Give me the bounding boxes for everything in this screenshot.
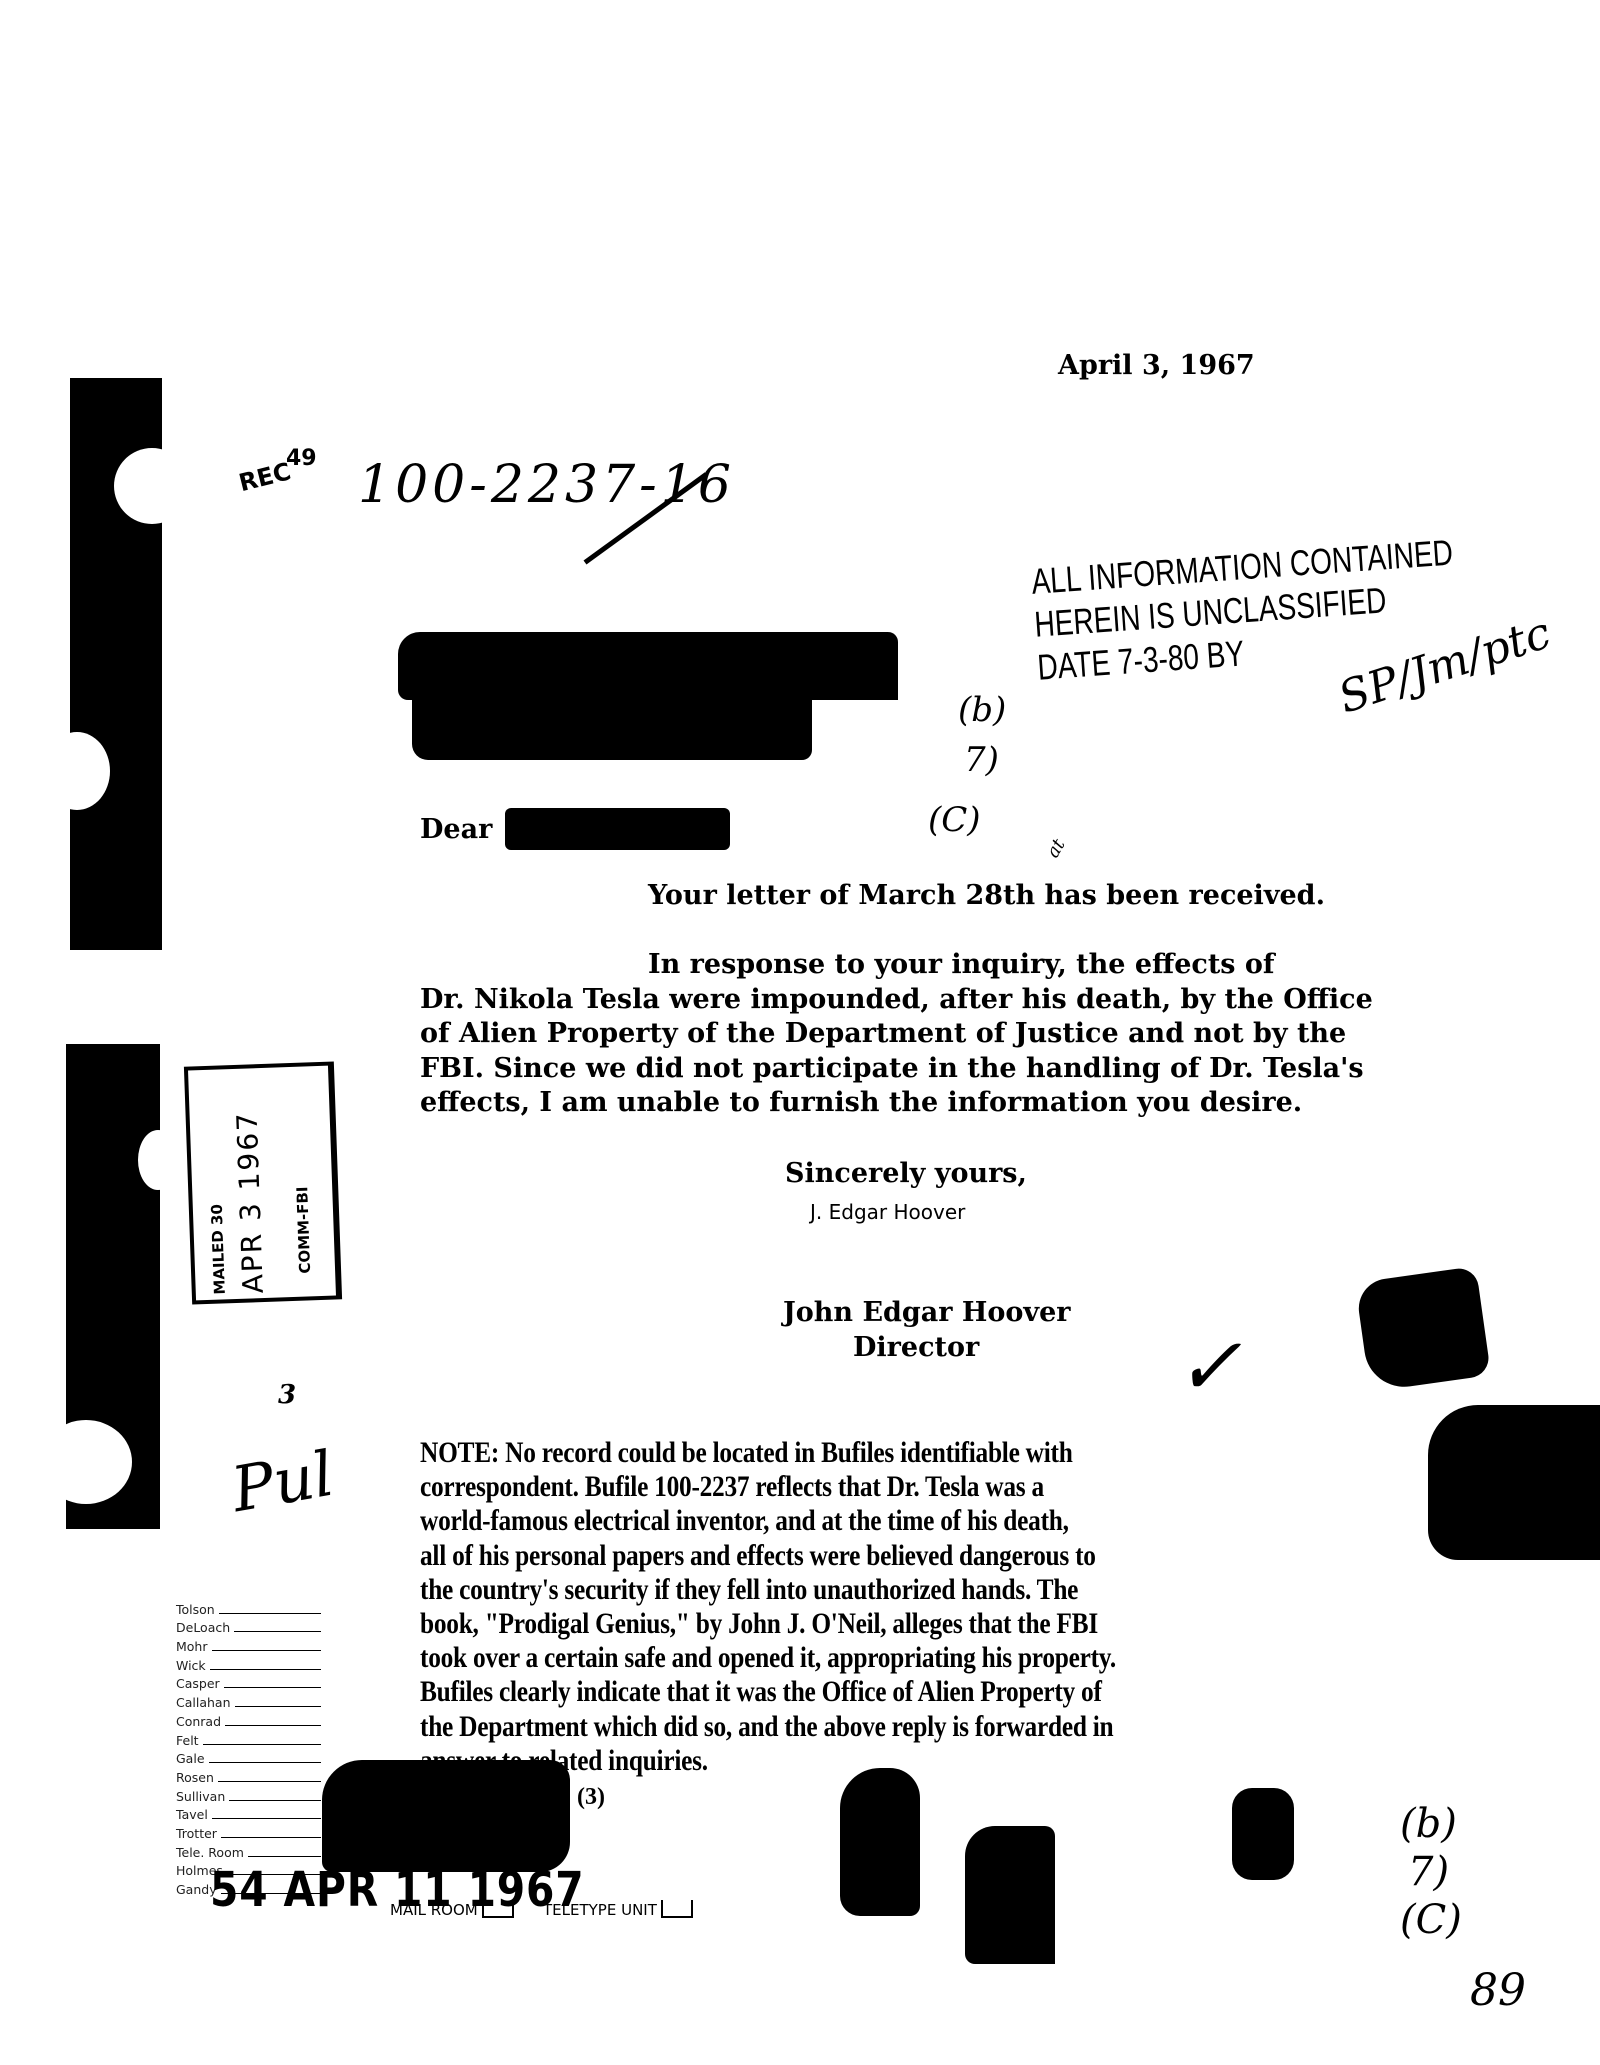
letter-date: April 3, 1967	[1058, 350, 1255, 381]
mail-room-label: MAIL ROOM	[390, 1900, 514, 1919]
routing-entry: Tele. Room	[176, 1841, 321, 1860]
mailed-stamp: MAILED 30 APR 3 1967 COMM-FBI	[184, 1061, 342, 1304]
checkmark-icon: ✓	[1175, 1320, 1242, 1413]
routing-entry: Mohr	[176, 1635, 321, 1654]
routing-entry: Trotter	[176, 1822, 321, 1841]
routing-entry: Wick	[176, 1654, 321, 1673]
body-line: In response to your inquiry, the effects…	[420, 948, 1373, 983]
routing-entry: Casper	[176, 1673, 321, 1692]
punch-hole-1	[114, 448, 190, 524]
redaction	[1355, 1266, 1491, 1392]
note-line: all of his personal papers and effects w…	[420, 1539, 1116, 1573]
note-line: the Department which did so, and the abo…	[420, 1710, 1116, 1744]
exemption-code: (C)	[928, 800, 981, 840]
internal-note: NOTE: No record could be located in Bufi…	[420, 1436, 1229, 1778]
note-line: the country's security if they fell into…	[420, 1573, 1116, 1607]
routing-entry: Rosen	[176, 1766, 321, 1785]
redaction	[322, 1760, 570, 1872]
routing-entry: Felt	[176, 1729, 321, 1748]
body-line: of Alien Property of the Department of J…	[420, 1017, 1373, 1052]
routing-entry: Tavel	[176, 1804, 321, 1823]
note-line: NOTE: No record could be located in Bufi…	[420, 1436, 1116, 1470]
note-line: correspondent. Bufile 100-2237 reflects …	[420, 1470, 1116, 1504]
file-number: 100-2237-16	[358, 455, 735, 515]
body-line: effects, I am unable to furnish the info…	[420, 1086, 1373, 1121]
note-line: book, "Prodigal Genius," by John J. O'Ne…	[420, 1607, 1116, 1641]
teletype-label: TELETYPE UNIT	[543, 1900, 693, 1919]
redacted-name	[505, 808, 730, 850]
punch-hole-2	[44, 732, 110, 810]
teletype-box	[661, 1900, 693, 1918]
redaction	[1232, 1788, 1294, 1880]
body-line: Dr. Nikola Tesla were impounded, after h…	[420, 983, 1373, 1018]
punch-hole-4	[40, 1420, 132, 1504]
note-line: Bufiles clearly indicate that it was the…	[420, 1675, 1116, 1709]
routing-list: Tolson DeLoach Mohr Wick Casper Callahan…	[176, 1598, 321, 1897]
body-paragraph-1: Your letter of March 28th has been recei…	[648, 880, 1325, 911]
note-count: (3)	[577, 1784, 605, 1811]
punch-hole-3	[138, 1130, 178, 1190]
signer-name: John Edgar Hoover	[783, 1297, 1071, 1328]
handwritten-at-mark: at	[1042, 835, 1069, 861]
handwritten-mark: 3	[278, 1380, 296, 1410]
mailed-sub: COMM-FBI	[293, 1186, 314, 1274]
body-paragraph-2: In response to your inquiry, the effects…	[420, 948, 1373, 1121]
note-line: world-famous electrical inventor, and at…	[420, 1504, 1116, 1538]
mail-room-box	[482, 1900, 514, 1918]
exemption-codes-bottom: (b) 7) (C)	[1400, 1800, 1462, 1944]
routing-entry: Sullivan	[176, 1785, 321, 1804]
routing-entry: Conrad	[176, 1710, 321, 1729]
page-number: 89	[1470, 1965, 1526, 2016]
note-line: took over a certain safe and opened it, …	[420, 1641, 1116, 1675]
redaction	[840, 1768, 920, 1916]
exemption-code: (b)	[958, 690, 1006, 730]
routing-entry: Gale	[176, 1748, 321, 1767]
mailed-date: APR 3 1967	[230, 1111, 269, 1294]
typed-signature: J. Edgar Hoover	[810, 1200, 965, 1224]
routing-entry: Callahan	[176, 1691, 321, 1710]
routing-entry: Tolson	[176, 1598, 321, 1617]
exemption-code: 7)	[964, 740, 999, 780]
redaction	[1428, 1405, 1600, 1560]
redacted-address	[412, 690, 812, 760]
closing: Sincerely yours,	[785, 1158, 1027, 1189]
mailed-label: MAILED 30	[208, 1204, 229, 1295]
body-line: FBI. Since we did not participate in the…	[420, 1052, 1373, 1087]
handwritten-initials: Pul	[226, 1437, 339, 1527]
rec-number: 49	[286, 446, 317, 471]
salutation: Dear	[420, 814, 492, 845]
routing-entry: DeLoach	[176, 1617, 321, 1636]
signer-title: Director	[853, 1332, 979, 1363]
redaction	[965, 1826, 1055, 1964]
